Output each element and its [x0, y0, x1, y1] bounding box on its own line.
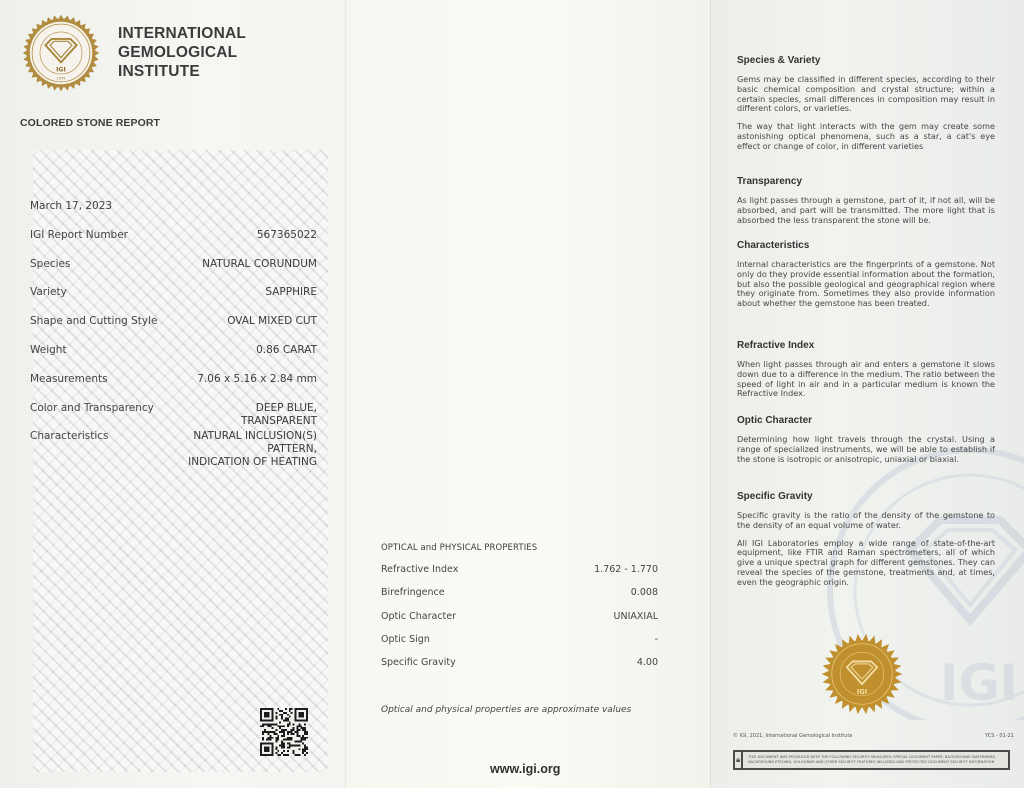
info-section: TransparencyAs light passes through a ge… — [737, 176, 995, 233]
report-title: COLORED STONE REPORT — [20, 117, 160, 129]
report-date: March 17, 2023 — [30, 200, 112, 212]
report-row-label: Color and Transparency — [30, 402, 154, 414]
info-section-paragraph: Determining how light travels through th… — [737, 435, 995, 464]
info-section-paragraph: All IGI Laboratories employ a wide range… — [737, 539, 995, 588]
optical-row-value: 1.762 - 1.770 — [594, 564, 658, 575]
report-row-value: NATURAL CORUNDUM — [202, 258, 317, 271]
organization-name: INTERNATIONAL GEMOLOGICAL INSTITUTE — [118, 24, 246, 81]
info-section-paragraph: When light passes through air and enters… — [737, 360, 995, 399]
qr-code[interactable] — [260, 708, 308, 756]
optical-row-label: Specific Gravity — [381, 657, 456, 668]
report-row-label: Shape and Cutting Style — [30, 315, 157, 327]
svg-text:IGI: IGI — [940, 654, 1018, 712]
info-section-heading: Characteristics — [737, 240, 995, 251]
svg-text:IGI: IGI — [857, 688, 868, 696]
report-row-label: Variety — [30, 286, 67, 298]
report-row-value: 0.86 CARAT — [256, 344, 317, 357]
info-section-heading: Transparency — [737, 176, 995, 187]
optical-row-value: 4.00 — [637, 657, 658, 668]
report-row-value: DEEP BLUE, TRANSPARENT — [241, 402, 317, 428]
middle-panel — [345, 0, 710, 788]
optical-row-value: UNIAXIAL — [614, 611, 658, 622]
info-section-paragraph: Internal characteristics are the fingerp… — [737, 260, 995, 309]
report-row-value: NATURAL INCLUSION(S) PATTERN, INDICATION… — [188, 430, 317, 469]
info-section-heading: Specific Gravity — [737, 491, 995, 502]
report-row-value: OVAL MIXED CUT — [227, 315, 317, 328]
optical-row-label: Optic Character — [381, 611, 456, 622]
lock-icon: 🔒︎ — [735, 752, 743, 768]
report-row-label: IGI Report Number — [30, 229, 128, 241]
optical-row-label: Refractive Index — [381, 564, 458, 575]
info-section: Refractive IndexWhen light passes throug… — [737, 340, 995, 407]
optical-properties-title: OPTICAL and PHYSICAL PROPERTIES — [381, 543, 537, 553]
optical-row-value: 0.008 — [631, 587, 658, 598]
gold-hologram-seal-icon: IGI — [820, 632, 904, 716]
report-row-label: Measurements — [30, 373, 108, 385]
report-row-value: SAPPHIRE — [265, 286, 317, 299]
svg-text:1975: 1975 — [57, 77, 66, 81]
info-section-paragraph: Gems may be classified in different spec… — [737, 75, 995, 114]
info-section-paragraph: As light passes through a gemstone, part… — [737, 196, 995, 225]
info-section-heading: Species & Variety — [737, 55, 995, 66]
report-row-label: Characteristics — [30, 430, 109, 442]
report-row-label: Weight — [30, 344, 67, 356]
optical-row-label: Birefringence — [381, 587, 445, 598]
security-notice-text: THIS DOCUMENT WAS PRODUCED WITH THE FOLL… — [743, 755, 1008, 765]
website-link[interactable]: www.igi.org — [490, 762, 560, 776]
optical-row-value: - — [655, 634, 658, 645]
report-row-label: Species — [30, 258, 70, 270]
org-name-line: GEMOLOGICAL — [118, 43, 246, 62]
org-name-line: INTERNATIONAL — [118, 24, 246, 43]
optical-row-label: Optic Sign — [381, 634, 430, 645]
report-row-value: 567365022 — [257, 229, 317, 242]
info-section-heading: Optic Character — [737, 415, 995, 426]
igi-seal-logo-icon: IGI 1975 — [22, 14, 100, 92]
report-row-value: 7.06 x 5.16 x 2.84 mm — [197, 373, 317, 386]
security-notice-bar: 🔒︎ THIS DOCUMENT WAS PRODUCED WITH THE F… — [733, 750, 1010, 770]
info-section-heading: Refractive Index — [737, 340, 995, 351]
info-section: Optic CharacterDetermining how light tra… — [737, 415, 995, 472]
copyright-text: © IGI, 2021, International Gemological I… — [733, 733, 852, 739]
info-section-paragraph: Specific gravity is the ratio of the den… — [737, 511, 995, 531]
form-code: YCS - 01-21 — [985, 733, 1014, 739]
info-section: CharacteristicsInternal characteristics … — [737, 240, 995, 317]
optical-disclaimer: Optical and physical properties are appr… — [381, 705, 631, 715]
svg-text:IGI: IGI — [56, 67, 66, 74]
info-section-paragraph: The way that light interacts with the ge… — [737, 122, 995, 151]
info-section: Species & VarietyGems may be classified … — [737, 55, 995, 160]
info-section: Specific GravitySpecific gravity is the … — [737, 491, 995, 596]
org-name-line: INSTITUTE — [118, 62, 246, 81]
